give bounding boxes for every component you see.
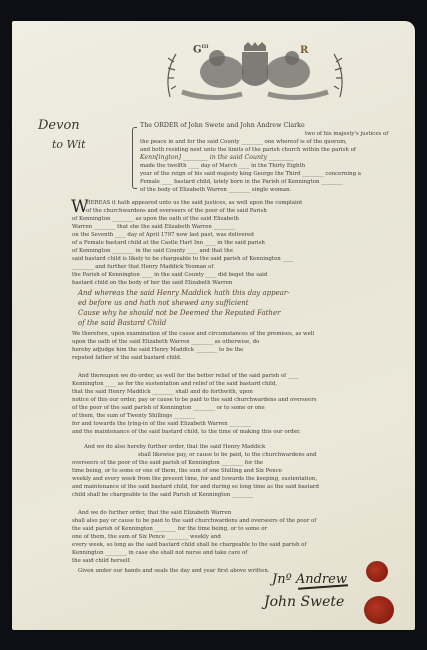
whereas-line: on the Seventh ____ day of April 1797 no… <box>72 231 293 239</box>
order-two-line: and maintenance of the said bastard chil… <box>72 483 319 491</box>
header-line: the peace in and for the said County ___… <box>140 138 388 146</box>
order-two-line: time being, or to some or one of them, t… <box>72 467 319 475</box>
margin-note-county: Devon <box>38 118 80 133</box>
whereas-line: Warren ________ that she the said Elizab… <box>72 223 293 231</box>
order-two-line: child shall be chargeable to the said Pa… <box>72 491 319 499</box>
header-line: of the body of Elizabeth Warren ________… <box>140 186 388 194</box>
we-therefore-line: hereby adjudge him the said Henry Maddic… <box>72 346 314 354</box>
whereas-line: ________ and further that Henry Maddick … <box>72 263 293 271</box>
order-one-line: notice of this our order, pay or cause t… <box>72 396 317 404</box>
order-one-line: of them, the sum of Twenty Shillings ___… <box>72 412 317 420</box>
order-one-line: and the maintenance of the said bastard … <box>72 428 317 436</box>
order-two-line: shall likewise pay, or cause to be paid,… <box>72 451 319 459</box>
and-whereas-line: And whereas the said Henry Maddick hath … <box>78 288 290 298</box>
whereas-line: of Kennington ________ in the said Count… <box>72 247 293 255</box>
royal-coat-of-arms <box>162 42 348 102</box>
whereas-line: HEREAS it hath appeared unto us the said… <box>86 199 302 207</box>
order-two-paragraph: And we do also hereby further order, tha… <box>72 443 319 499</box>
whereas-line: of the churchwardens and overseers of th… <box>86 207 302 215</box>
royal-cipher-g: GIII <box>193 44 209 55</box>
order-three-line: one of them, the sum of Six Pence ______… <box>72 533 316 541</box>
and-whereas-line: ed before us and hath not shewed any suf… <box>78 298 290 308</box>
we-therefore-line: upon the oath of the said Elizabeth Warr… <box>72 338 314 346</box>
whereas-paragraph-cont: of Kennington ________ as upon the oath … <box>72 215 293 287</box>
header-line: Female ____ bastard child, lately born i… <box>140 178 388 186</box>
we-therefore-line: reputed father of the said bastard child… <box>72 354 314 362</box>
order-three-line: Kennington ________ in case she shall no… <box>72 549 316 557</box>
header-line: The ORDER of John Swete and John Andrew … <box>140 122 388 130</box>
order-two-line: overseers of the poor of the said parish… <box>72 459 319 467</box>
order-three-paragraph: And we do further order, that the said E… <box>72 509 316 565</box>
header-line: made the twelfth ____ day of March ____ … <box>140 162 388 170</box>
order-three-line: the said parish of Kennington ________ f… <box>72 525 316 533</box>
order-one-line: Kennington ____ as for the sustentation … <box>72 380 317 388</box>
and-whereas-paragraph: And whereas the said Henry Maddick hath … <box>78 288 290 328</box>
order-two-line: weekly and every week from the present t… <box>72 475 319 483</box>
order-one-line: And thereupon we do order, as well for t… <box>72 372 317 380</box>
order-one-line: of the poor of the said parish of Kennin… <box>72 404 317 412</box>
signature-2: John Swete <box>264 594 344 610</box>
header-line: year of the reign of his said majesty ki… <box>140 170 388 178</box>
we-therefore-paragraph: We therefore, upon examination of the ca… <box>72 330 314 362</box>
order-three-line: shall also pay or cause to be paid to th… <box>72 517 316 525</box>
header-line: two of his majesty's justices of <box>140 130 388 138</box>
whereas-line: bastard child on the body of her the sai… <box>72 279 293 287</box>
whereas-paragraph: HEREAS it hath appeared unto us the said… <box>86 199 302 215</box>
royal-cipher-r: R <box>300 45 308 56</box>
wax-seal-1 <box>366 561 388 582</box>
whereas-line: said bastard child is likely to be charg… <box>72 255 293 263</box>
and-whereas-line: of the said Bastard Child <box>78 318 290 328</box>
header-line: and both residing next unto the limits o… <box>140 146 388 154</box>
order-three-line: the said child herself. <box>72 557 316 565</box>
order-one-line: for and towards the lying-in of the said… <box>72 420 317 428</box>
wax-seal-2 <box>364 596 394 624</box>
order-one-paragraph: And thereupon we do order, as well for t… <box>72 372 317 436</box>
whereas-line: the Parish of Kennington ____ in the sai… <box>72 271 293 279</box>
margin-note-to-wit: to Wit <box>52 138 86 151</box>
and-whereas-line: Cause why he should not be Deemed the Re… <box>78 308 290 318</box>
order-header: The ORDER of John Swete and John Andrew … <box>140 122 388 194</box>
order-three-line: And we do further order, that the said E… <box>72 509 316 517</box>
whereas-line: of a Female bastard child at the Castle … <box>72 239 293 247</box>
closing-statement: Given under our hands and seals the day … <box>78 567 270 575</box>
order-one-line: that the said Henry Maddick ________ sha… <box>72 388 317 396</box>
header-bracket <box>132 127 137 189</box>
order-two-line: And we do also hereby further order, tha… <box>72 443 319 451</box>
we-therefore-line: We therefore, upon examination of the ca… <box>72 330 314 338</box>
order-three-line: every week, so long as the said bastard … <box>72 541 316 549</box>
header-line: Kenn[ington] ________ in the said County… <box>140 154 388 162</box>
whereas-line: of Kennington ________ as upon the oath … <box>72 215 293 223</box>
coat-of-arms-icon <box>162 42 348 102</box>
